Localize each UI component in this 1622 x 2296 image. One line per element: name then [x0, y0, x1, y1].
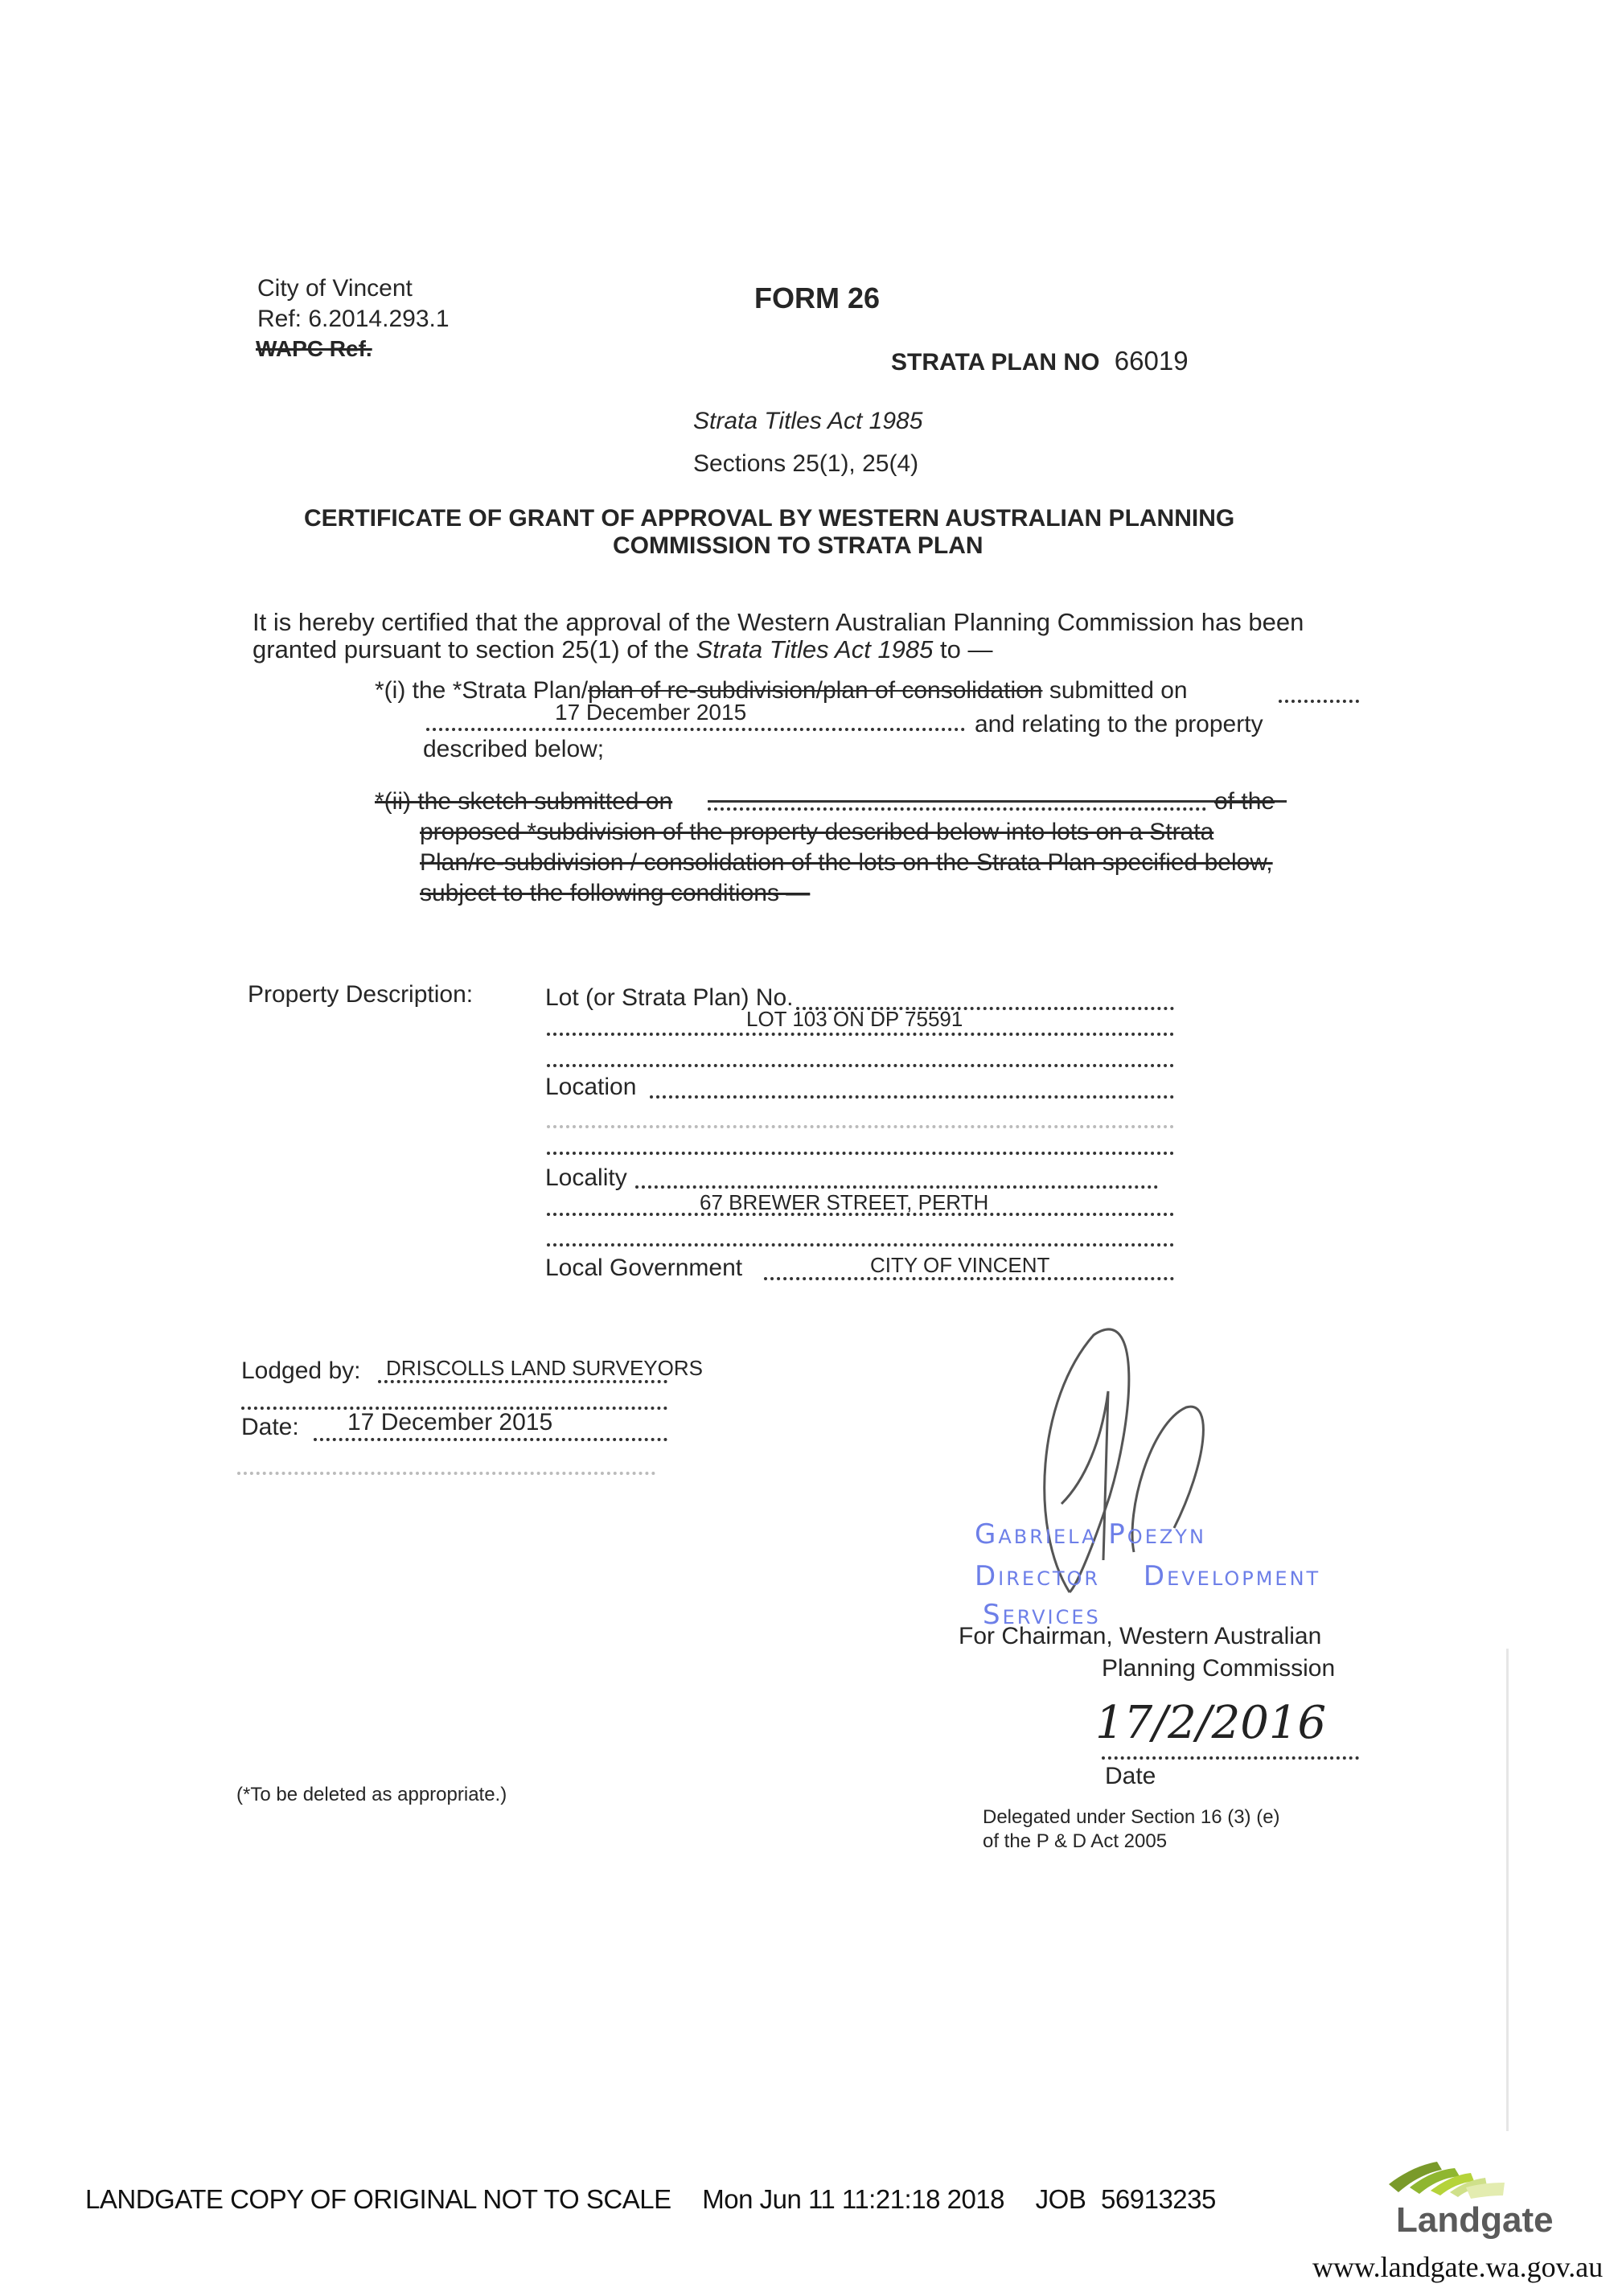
job-number: 56913235	[1101, 2184, 1216, 2214]
intro-line2-suffix: to —	[933, 635, 992, 663]
signatory-name: Gabriela Poezyn	[975, 1518, 1206, 1551]
local-government-value: CITY OF VINCENT	[870, 1253, 1049, 1278]
dotted-line	[650, 1095, 1174, 1099]
copy-notice: LANDGATE COPY OF ORIGINAL NOT TO SCALE	[85, 2184, 671, 2214]
locality-value: 67 BREWER STREET, PERTH	[700, 1190, 988, 1215]
clause-i-line1: *(i) the *Strata Plan/plan of re-subdivi…	[375, 677, 1188, 704]
dotted-line	[708, 807, 1206, 811]
landgate-logo-icon	[1387, 2158, 1508, 2200]
footer-notice: LANDGATE COPY OF ORIGINAL NOT TO SCALE M…	[85, 2184, 1216, 2215]
local-government-label: Local Government	[545, 1255, 742, 1282]
landgate-logo-text: Landgate	[1396, 2200, 1554, 2241]
lodged-by-value: DRISCOLLS LAND SURVEYORS	[386, 1356, 703, 1381]
intro-line2-act: Strata Titles Act 1985	[696, 635, 933, 663]
clause-ii-line1b: of the	[1214, 788, 1275, 815]
location-label: Location	[545, 1074, 636, 1101]
clause-i-date-submitted: 17 December 2015	[555, 700, 746, 725]
clause-i-suffix: submitted on	[1042, 677, 1187, 704]
certificate-title-line2: COMMISSION TO STRATA PLAN	[613, 532, 983, 560]
dotted-line	[426, 728, 965, 731]
deletion-note: (*To be deleted as appropriate.)	[236, 1784, 507, 1806]
council-name: City of Vincent	[257, 275, 413, 302]
print-timestamp: Mon Jun 11 11:21:18 2018	[702, 2184, 1004, 2214]
intro-line2-prefix: granted pursuant to section 25(1) of the	[253, 635, 696, 663]
dotted-line	[635, 1185, 1158, 1189]
lodged-by-label: Lodged by:	[241, 1357, 360, 1385]
lodgement-date-label: Date:	[241, 1414, 299, 1441]
clause-i-continuation: and relating to the property	[975, 711, 1263, 738]
clause-ii-line3: Plan/re-subdivision / consolidation of t…	[420, 849, 1273, 877]
strata-plan-heading: STRATA PLAN NO 66019	[891, 346, 1189, 376]
dotted-line	[1279, 700, 1359, 703]
strata-plan-label: STRATA PLAN NO	[891, 349, 1099, 376]
wapc-reference-struck: WAPC Ref.	[256, 336, 372, 362]
landgate-url[interactable]: www.landgate.wa.gov.au	[1312, 2250, 1603, 2284]
act-name: Strata Titles Act 1985	[693, 408, 922, 435]
clause-ii-line1a: *(ii) the sketch submitted on	[375, 788, 672, 815]
strike-line	[708, 800, 1287, 803]
signed-date: 17/2/2016	[1095, 1697, 1326, 1749]
council-reference: Ref: 6.2014.293.1	[257, 306, 450, 333]
clause-i-end: described below;	[423, 736, 604, 763]
for-chairman-line2: Planning Commission	[1102, 1655, 1335, 1682]
scan-edge-line	[1506, 1649, 1509, 2131]
dotted-line	[547, 1064, 1174, 1067]
certificate-title-line1: CERTIFICATE OF GRANT OF APPROVAL BY WEST…	[304, 505, 1234, 532]
job-label: JOB	[1036, 2184, 1086, 2214]
property-description-heading: Property Description:	[248, 981, 473, 1008]
clause-ii-line4: subject to the following conditions —	[420, 880, 810, 907]
dotted-line	[1102, 1756, 1359, 1760]
form-title: FORM 26	[754, 281, 880, 315]
intro-line2: granted pursuant to section 25(1) of the…	[253, 635, 993, 664]
clause-ii-line2: proposed *subdivision of the property de…	[420, 819, 1213, 846]
dotted-line	[237, 1472, 655, 1475]
dotted-line	[547, 1152, 1174, 1155]
delegation-line1: Delegated under Section 16 (3) (e)	[983, 1806, 1280, 1829]
signatory-title-line1: Director Development	[975, 1560, 1320, 1592]
lot-value: LOT 103 ON DP 75591	[746, 1007, 963, 1032]
dotted-line	[378, 1380, 667, 1383]
intro-line1: It is hereby certified that the approval…	[253, 608, 1304, 637]
dotted-line	[314, 1438, 667, 1441]
delegation-line2: of the P & D Act 2005	[983, 1830, 1167, 1853]
act-sections: Sections 25(1), 25(4)	[693, 450, 918, 478]
dotted-line	[547, 1213, 1174, 1216]
dotted-line	[547, 1243, 1174, 1247]
for-chairman-line1: For Chairman, Western Australian	[959, 1623, 1321, 1650]
dotted-line	[547, 1125, 1174, 1128]
lodgement-date-value: 17 December 2015	[347, 1409, 552, 1436]
dotted-line	[547, 1033, 1174, 1036]
locality-label: Locality	[545, 1164, 627, 1192]
strata-plan-number: 66019	[1115, 346, 1189, 376]
signed-date-label: Date	[1105, 1763, 1156, 1790]
